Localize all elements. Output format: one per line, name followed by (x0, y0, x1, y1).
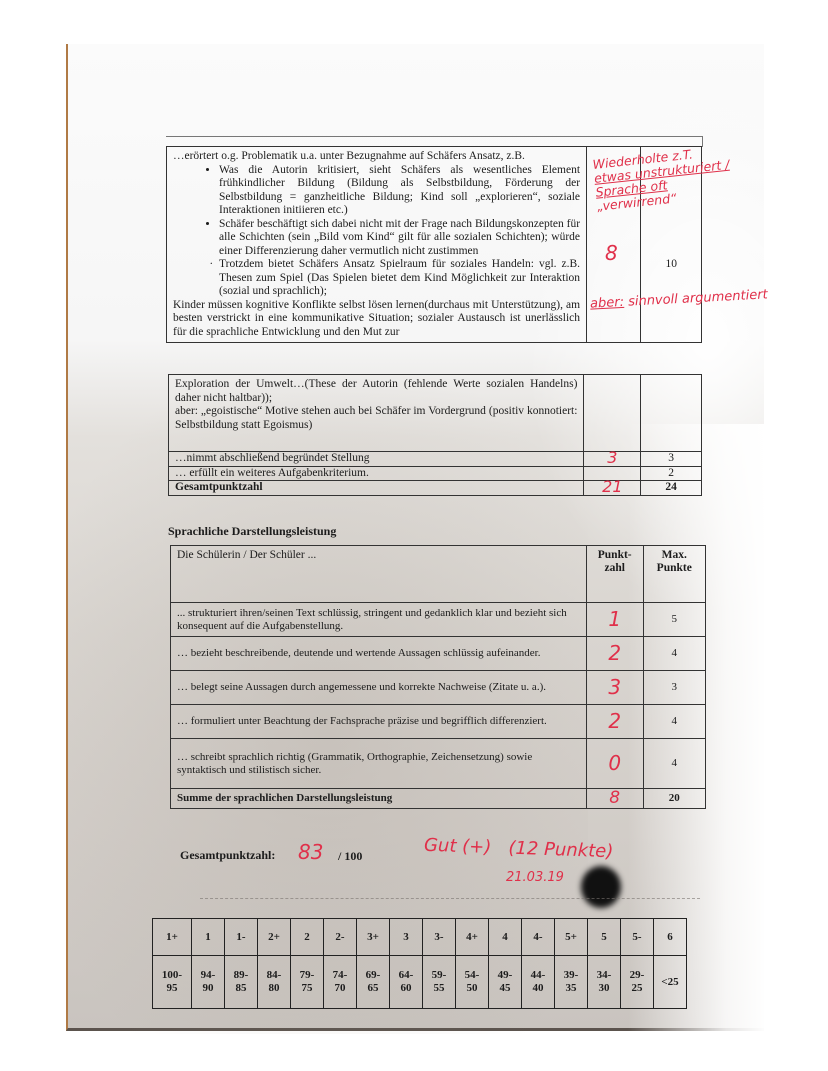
range-upper: 54- (457, 969, 487, 982)
table-row: …nimmt abschließend begründet Stellung 3… (169, 452, 702, 467)
handwritten-score: 0 (586, 739, 643, 789)
grade-row: 1+11-2+22-3+33-4+44-5+55-6 (153, 919, 687, 956)
handwritten-score: 3 (586, 671, 643, 705)
signature-line (200, 898, 700, 899)
range-upper: 39- (556, 969, 586, 982)
table-row: … formuliert unter Beachtung der Fachspr… (171, 705, 706, 739)
overall-total-max: / 100 (338, 849, 362, 864)
score-cell (584, 375, 641, 452)
table-row: ... strukturiert ihren/seinen Text schlü… (171, 603, 706, 637)
criterion-intro: …erörtert o.g. Problematik u.a. unter Be… (173, 150, 580, 164)
criterion-label: … erfüllt ein weiteres Aufgabenkriterium… (169, 466, 584, 481)
range-cell: 94-90 (192, 956, 225, 1009)
points-text: (12 Punkte) (508, 838, 614, 863)
sum-label: Summe der sprachlichen Darstellungsleist… (171, 789, 587, 809)
grade-cell: 4+ (456, 919, 489, 956)
range-upper: <25 (655, 976, 685, 989)
criterion-bullets: Was die Autorin kritisiert, sieht Schäfe… (173, 164, 580, 299)
criterion-label: … formuliert unter Beachtung der Fachspr… (171, 705, 587, 739)
criterion-label: … belegt seine Aussagen durch angemessen… (171, 671, 587, 705)
range-cell: 59-55 (423, 956, 456, 1009)
range-cell: 79-75 (291, 956, 324, 1009)
max-points: 4 (643, 739, 706, 789)
max-points: 2 (641, 466, 702, 481)
grade-cell: 2 (291, 919, 324, 956)
range-upper: 89- (226, 969, 256, 982)
handwritten-total: 21 (584, 481, 641, 496)
max-points: 3 (643, 671, 706, 705)
range-cell: 29-25 (621, 956, 654, 1009)
table-row: … schreibt sprachlich richtig (Grammatik… (171, 739, 706, 789)
continuation-paragraph: aber: „egoistische“ Motive stehen auch b… (175, 405, 577, 432)
range-lower: 45 (490, 982, 520, 995)
section-title: Sprachliche Darstellungsleistung (168, 524, 336, 539)
table-row: … belegt seine Aussagen durch angemessen… (171, 671, 706, 705)
range-upper: 69- (358, 969, 388, 982)
bullet-item: Schäfer beschäftigt sich dabei nicht mit… (219, 218, 580, 259)
max-points-cell (641, 375, 702, 452)
grading-date: 21.03.19 (506, 870, 564, 885)
grade-cell: 4- (522, 919, 555, 956)
grade-cell: 5 (588, 919, 621, 956)
content-criteria-table-continued: Exploration der Umwelt…(These der Autori… (168, 374, 702, 496)
criterion-label: …nimmt abschließend begründet Stellung (169, 452, 584, 467)
range-cell: 49-45 (489, 956, 522, 1009)
sum-max: 20 (643, 789, 706, 809)
range-upper: 94- (193, 969, 223, 982)
max-points: 5 (643, 603, 706, 637)
bullet-item: Was die Autorin kritisiert, sieht Schäfe… (219, 164, 580, 218)
continuation-paragraph: Exploration der Umwelt…(These der Autori… (175, 378, 577, 405)
max-points: 10 (642, 258, 700, 272)
handwritten-sum: 8 (586, 789, 643, 809)
handwritten-score: 3 (584, 452, 641, 467)
range-cell: 34-30 (588, 956, 621, 1009)
table-header-row: Die Schülerin / Der Schüler ... Punkt-za… (171, 546, 706, 603)
grade-cell: 2+ (258, 919, 291, 956)
max-points: 3 (641, 452, 702, 467)
range-lower: 50 (457, 982, 487, 995)
range-cell: 100-95 (153, 956, 192, 1009)
range-lower: 35 (556, 982, 586, 995)
column-header-score: Punkt-zahl (586, 546, 643, 603)
range-cell: 64-60 (390, 956, 423, 1009)
max-points: 4 (643, 705, 706, 739)
overall-total-label: Gesamtpunktzahl: (180, 848, 275, 863)
range-cell: 54-50 (456, 956, 489, 1009)
table-row: Exploration der Umwelt…(These der Autori… (169, 375, 702, 452)
range-lower: 40 (523, 982, 553, 995)
total-max: 24 (641, 481, 702, 496)
grade-cell: 6 (654, 919, 687, 956)
sum-row: Summe der sprachlichen Darstellungsleist… (171, 789, 706, 809)
column-header-description: Die Schülerin / Der Schüler ... (171, 546, 587, 603)
range-cell: 44-40 (522, 956, 555, 1009)
comment-aber-label: aber: (590, 295, 625, 312)
criterion-description: Exploration der Umwelt…(These der Autori… (169, 375, 584, 452)
range-lower: 80 (259, 982, 289, 995)
range-cell: 84-80 (258, 956, 291, 1009)
grade-cell: 3- (423, 919, 456, 956)
range-upper: 64- (391, 969, 421, 982)
criterion-label: … schreibt sprachlich richtig (Grammatik… (171, 739, 587, 789)
range-row: 100-9594-9089-8584-8079-7574-7069-6564-6… (153, 956, 687, 1009)
range-upper: 29- (622, 969, 652, 982)
handwritten-score: 2 (586, 637, 643, 671)
range-lower: 75 (292, 982, 322, 995)
table-row: … bezieht beschreibende, deutende und we… (171, 637, 706, 671)
grade-text: Gut (+) (424, 835, 492, 858)
range-cell: 89-85 (225, 956, 258, 1009)
grade-cell: 5- (621, 919, 654, 956)
criterion-description: …erörtert o.g. Problematik u.a. unter Be… (167, 147, 587, 343)
range-upper: 34- (589, 969, 619, 982)
redacted-signature (581, 866, 621, 908)
grade-cell: 3+ (357, 919, 390, 956)
total-row: Gesamtpunktzahl 21 24 (169, 481, 702, 496)
bullet-item: Trotzdem bietet Schäfers Ansatz Spielrau… (219, 258, 580, 299)
criterion-label: ... strukturiert ihren/seinen Text schlü… (171, 603, 587, 637)
handwritten-score: 8 (605, 247, 618, 261)
criterion-label: … bezieht beschreibende, deutende und we… (171, 637, 587, 671)
range-cell: <25 (654, 956, 687, 1009)
column-header-max: Max. Punkte (643, 546, 706, 603)
range-upper: 84- (259, 969, 289, 982)
language-criteria-table: Die Schülerin / Der Schüler ... Punkt-za… (170, 545, 706, 809)
range-upper: 44- (523, 969, 553, 982)
range-lower: 55 (424, 982, 454, 995)
grade-cell: 4 (489, 919, 522, 956)
range-cell: 69-65 (357, 956, 390, 1009)
grade-cell: 2- (324, 919, 357, 956)
range-cell: 39-35 (555, 956, 588, 1009)
grade-cell: 5+ (555, 919, 588, 956)
grade-cell: 3 (390, 919, 423, 956)
range-lower: 70 (325, 982, 355, 995)
range-upper: 79- (292, 969, 322, 982)
handwritten-score: 2 (586, 705, 643, 739)
range-lower: 90 (193, 982, 223, 995)
range-lower: 95 (154, 982, 190, 995)
range-lower: 30 (589, 982, 619, 995)
range-lower: 65 (358, 982, 388, 995)
range-upper: 100- (154, 969, 190, 982)
range-cell: 74-70 (324, 956, 357, 1009)
grade-scale-table: 1+11-2+22-3+33-4+44-5+55-6 100-9594-9089… (152, 918, 687, 1009)
grade-cell: 1- (225, 919, 258, 956)
range-upper: 74- (325, 969, 355, 982)
handwritten-score: 1 (586, 603, 643, 637)
range-upper: 59- (424, 969, 454, 982)
max-points: 4 (643, 637, 706, 671)
range-upper: 49- (490, 969, 520, 982)
overall-total-score: 83 (298, 840, 323, 864)
range-lower: 85 (226, 982, 256, 995)
grade-cell: 1 (192, 919, 225, 956)
criterion-continuation: Kinder müssen kognitive Konflikte selbst… (173, 299, 580, 340)
grade-cell: 1+ (153, 919, 192, 956)
range-lower: 25 (622, 982, 652, 995)
total-label: Gesamtpunktzahl (169, 481, 584, 496)
range-lower: 60 (391, 982, 421, 995)
